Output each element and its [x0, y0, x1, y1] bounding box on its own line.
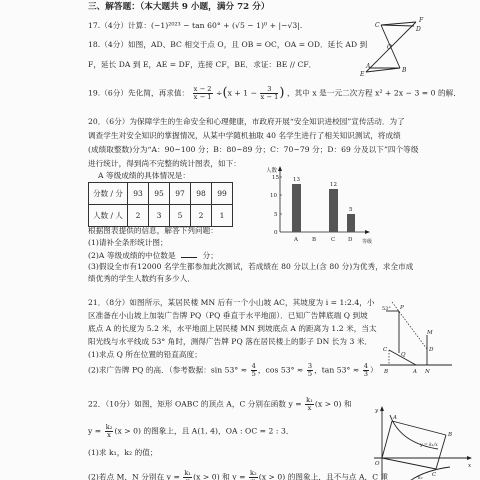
label-M: M: [426, 330, 433, 336]
x-cat-A: A: [293, 237, 299, 243]
question-20-line1: 20．（6分）为保障学生的生命安全和心理健康，市政府开展“安全知识进校园”宣传活…: [88, 117, 405, 127]
label-C: C: [375, 22, 380, 29]
y-tick-5: 5: [274, 212, 278, 218]
exam-page: 三、解答题：（本大题共 9 小题，满分 72 分） 17.（4分）计算：(−1)…: [0, 0, 480, 480]
bar-label-A: 13: [293, 177, 300, 183]
question-21-line4: 阳光线与水平线成 53° 角时，测得广告牌 PQ 落在居民楼上的影子 DN 长为…: [88, 337, 372, 347]
q22-sub1: (1)求 k₁，k₂ 的值；: [88, 448, 158, 458]
question-19: 19.（6分）先化简，再求值： x − 2x − 1 ÷(x + 1 − 3x …: [88, 86, 461, 101]
label-A: A: [392, 415, 397, 421]
question-22-line2: y = k₂x(x > 0) 的图象上，且 A(1, 4)，OA : OC = …: [88, 424, 293, 439]
q21-sub2: (2)求广告牌 PQ 的高．（参考数据：sin 53° ≈ 45，cos 53°…: [88, 363, 378, 378]
label-53deg: 53°: [382, 306, 391, 312]
label-curve-k2: k₂: [418, 475, 423, 480]
label-B: B: [401, 67, 407, 74]
fraction-1: x − 2x − 1: [193, 86, 213, 101]
x-cat-C: C: [331, 237, 335, 243]
y-tick-10: 10: [270, 193, 277, 199]
question-22-line1: 22．（10分）如图，矩形 OABC 的顶点 A，C 分别在函数 y = k₁x…: [88, 397, 352, 412]
question-20-line4: 进行统计，得到尚不完整的统计图表，如下：: [88, 159, 241, 169]
label-x: x: [468, 463, 472, 469]
q21-figure: 53° P M D C Q B A N: [372, 296, 480, 376]
answer-blank[interactable]: [181, 250, 197, 258]
question-17: 17.（4分）计算：(−1)²⁰²³ − tan 60° + (√5 − 1)⁰…: [88, 21, 302, 31]
label-D: D: [415, 26, 421, 33]
label-A: A: [412, 369, 417, 375]
label-E: E: [359, 71, 365, 78]
q20-sub1: (1)请补全条形统计图；: [88, 238, 168, 248]
table-caption: A 等级成绩的具体情况是：: [98, 171, 190, 181]
bar-C: [329, 189, 338, 232]
label-B: B: [383, 369, 388, 375]
bar-label-D: 5: [349, 207, 353, 213]
q20-sub3-line2: 绩优秀的学生人数约有多少人．: [88, 274, 195, 284]
label-C: C: [432, 472, 437, 478]
bar-D: [347, 214, 355, 232]
section-title: 三、解答题：（本大题共 9 小题，满分 72 分）: [88, 2, 270, 12]
label-P: P: [399, 305, 404, 311]
y-tick-0: 0: [274, 230, 278, 236]
question-20-line2: 调查学生对安全知识的掌握情况，从某中学随机抽取 40 名学生进行了相关知识测试，…: [88, 131, 401, 141]
y-axis-label: 人数: [266, 166, 278, 174]
label-O: O: [387, 44, 392, 51]
q18-figure: C F D O A E B: [360, 12, 440, 82]
question-20-line3: (成绩取整数)分为“A：90~100 分；B：80~89 分；C：70~79 分…: [88, 145, 418, 155]
q22-sub2: (2)若点 M，N 分别在 y = k₁x(x > 0) 和 y = k₂x(x…: [88, 470, 388, 480]
question-21-line1: 21．（8分）如图所示，某居民楼 MN 后有一个小山坡 AC，其坡度为 i = …: [88, 298, 375, 308]
label-D: D: [428, 347, 434, 353]
bar-chart: 人数 15 10 5 0 13 12 5 A B C D 等级: [250, 165, 390, 245]
table-row-scores: 分数 / 分 93 95 97 98 99: [89, 183, 233, 205]
y-tick-15: 15: [272, 175, 279, 181]
label-O: O: [375, 461, 380, 467]
question-21-line3: 底点 A 的长度为 5.2 米，水平地面上居民楼 MN 到坡底点 A 的距离为 …: [88, 324, 377, 334]
q20-sub2: (2)A 等级成绩的中位数是 分；: [88, 250, 218, 261]
fraction-2: 3x − 1: [260, 86, 278, 101]
label-B: B: [447, 432, 452, 438]
x-cat-B: B: [312, 237, 316, 243]
x-cat-D: D: [348, 237, 353, 243]
q20-after-table: 根据图表提供的信息，解答下列问题：: [88, 226, 218, 236]
x-axis-label: 等级: [362, 238, 372, 245]
label-y: y: [374, 408, 379, 414]
question-21-line2: 区准备在小山坡上加装广告牌 PQ（PQ 垂直于水平地面）．已知广告牌底端 Q 到…: [88, 311, 368, 321]
label-C: C: [383, 347, 388, 353]
label-A: A: [365, 63, 371, 70]
a-grade-table: 分数 / 分 93 95 97 98 99 人数 / 人 2 3 5 2 1: [88, 182, 233, 227]
table-row-counts: 人数 / 人 2 3 5 2 1: [89, 205, 233, 227]
label-Q: Q: [401, 352, 406, 358]
label-curve-k1: y = k₁/x: [419, 442, 438, 448]
q21-sub1: (1)求点 Q 所在位置的铅直高度；: [88, 350, 202, 360]
bar-label-C: 12: [330, 182, 337, 188]
label-N: N: [424, 369, 430, 375]
label-F: F: [418, 17, 424, 24]
q20-sub3-line1: (3)假设全市有12000 名学生都参加此次测试，若成绩在 80 分以上(含 8…: [88, 262, 413, 272]
question-18-line1: 18.（4分）如图，AD、BC 相交于点 O，且 OB = OC，OA = OD…: [88, 40, 367, 50]
q22-figure: y A B O x C y = k₁/x k₂: [370, 405, 480, 480]
question-18-line2: F，延长 DA 到 E，AE = DF，连接 CF，BE．求证：BE // CF…: [88, 60, 316, 70]
bar-A: [292, 184, 301, 232]
